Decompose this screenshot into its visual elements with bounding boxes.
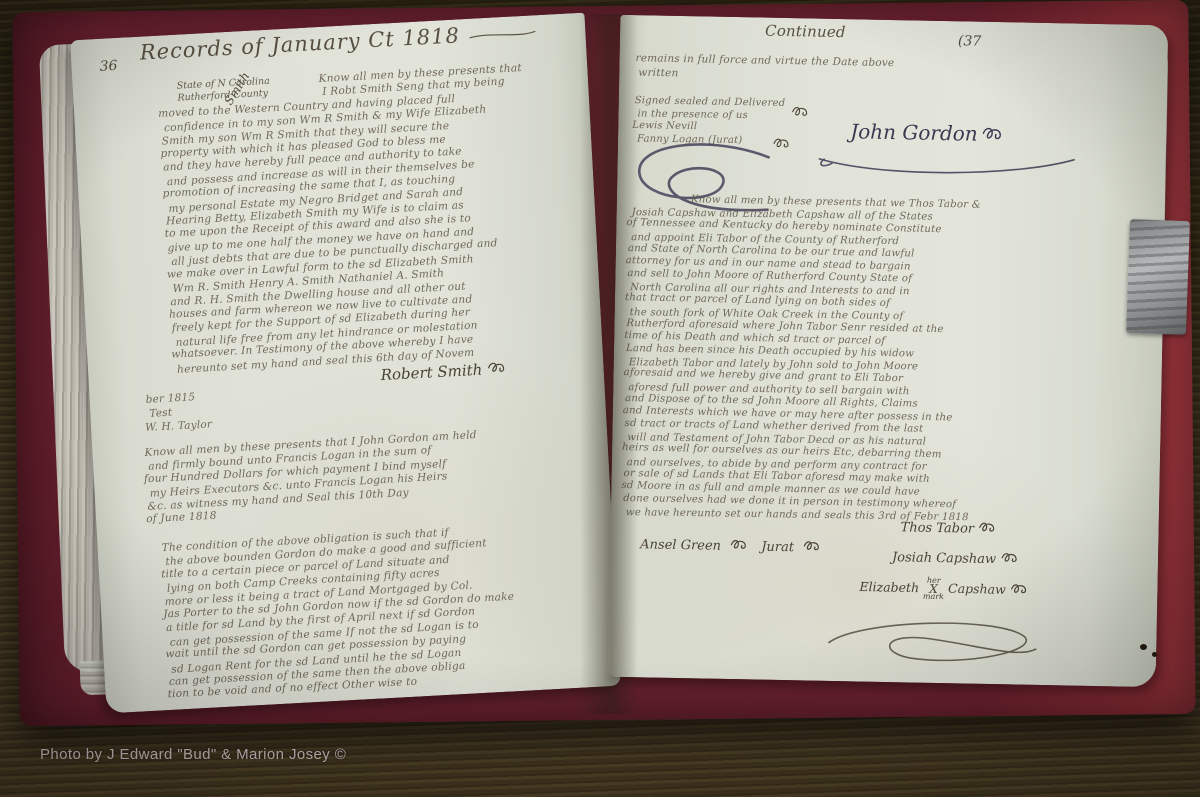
seal-scribble-icon — [978, 520, 1000, 539]
josiah-capshaw-name: Josiah Capshaw — [892, 550, 996, 567]
seal-scribble-icon — [802, 538, 824, 557]
capshaw-name: Capshaw — [948, 581, 1006, 597]
josiah-capshaw-signature: Josiah Capshaw — [892, 548, 1022, 569]
attestation-block: ber 1815TestW. H. Taylor — [145, 389, 214, 435]
thos-tabor-signature: Thos Tabor — [900, 518, 1000, 539]
continued-label: Continued — [765, 22, 846, 42]
seal-scribble-icon — [729, 537, 751, 556]
elizabeth-capshaw-mark-signature: Elizabeth her X mark Capshaw — [859, 575, 1032, 602]
ansel-green-jurat: Ansel Green Jurat — [640, 535, 824, 558]
tape-repair-patch — [1126, 219, 1190, 335]
carryover-lines: remains in full force and virtue the Dat… — [635, 51, 894, 84]
left-page: 36 Records of January Ct 1818 State of N… — [70, 13, 621, 714]
closing-flourish — [818, 611, 1049, 673]
photo-of-record-book: 36 Records of January Ct 1818 State of N… — [0, 0, 1200, 797]
debris-speck — [1152, 652, 1157, 657]
power-of-attorney-paragraph: Know all men by these presents that we T… — [623, 193, 1129, 528]
mark-label: mark — [923, 592, 944, 601]
seal-scribble-icon — [790, 104, 812, 123]
handwritten-line: W. H. Taylor — [145, 417, 213, 434]
signature-underline-flourish — [812, 149, 1082, 182]
thos-tabor-name: Thos Tabor — [900, 520, 974, 536]
ansel-green-name: Ansel Green — [640, 537, 721, 554]
debris-speck — [1140, 644, 1147, 650]
left-page-number: 36 — [99, 58, 118, 75]
witness-attestation-block: Signed sealed and Deliveredin the presen… — [634, 95, 785, 148]
seal-scribble-icon — [981, 123, 1007, 147]
gordon-bond-paragraph: Know all men by these presents that I Jo… — [144, 423, 588, 527]
seal-scribble-icon — [486, 359, 511, 380]
header-flourish-line — [467, 27, 538, 43]
deed-of-gift-paragraph: Know all men by these presents thatI Rob… — [159, 59, 588, 376]
jurat-label: Jurat — [761, 540, 794, 556]
elizabeth-name: Elizabeth — [859, 579, 919, 595]
right-page: Continued (37 remains in full force and … — [608, 15, 1169, 687]
john-gordon-signature: John Gordon — [850, 119, 1008, 148]
right-page-number: (37 — [958, 33, 982, 49]
photographer-watermark: Photo by J Edward "Bud" & Marion Josey © — [40, 746, 346, 763]
handwritten-line: written — [638, 66, 897, 84]
bond-condition-paragraph: The condition of the above obligation is… — [161, 519, 599, 703]
john-gordon-signature-text: John Gordon — [850, 119, 978, 145]
seal-scribble-icon — [1000, 550, 1022, 569]
her-mark-annotation: her X mark — [923, 577, 944, 601]
seal-scribble-icon — [1010, 581, 1032, 599]
